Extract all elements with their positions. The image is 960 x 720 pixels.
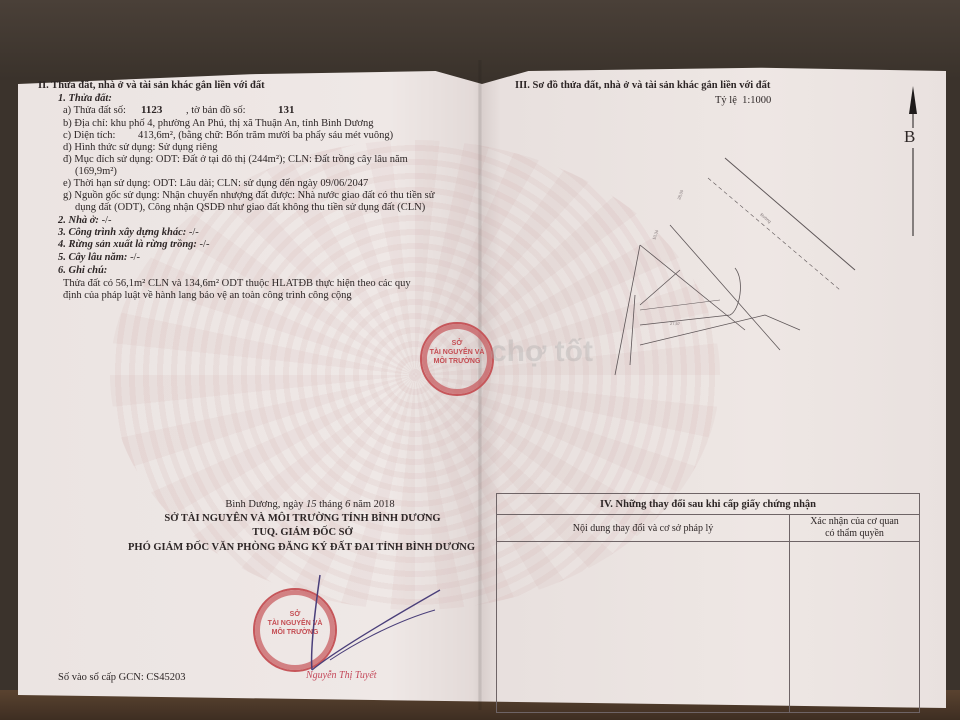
usage-purpose-cont: (169,9m²) <box>75 166 117 178</box>
on-behalf-of: TUQ. GIÁM ĐỐC SỞ <box>130 527 475 539</box>
svg-text:27,57: 27,57 <box>670 321 681 326</box>
notes-heading: 6. Ghi chú: <box>58 265 107 277</box>
changes-content-cell <box>497 542 790 713</box>
watermark-logo: chợ tốt <box>490 335 593 369</box>
map-sheet-label: , tờ bản đồ số: <box>186 105 246 117</box>
signature-stroke <box>270 570 450 680</box>
section-iii-title: III. Sơ đồ thửa đất, nhà ở và tài sản kh… <box>515 80 770 92</box>
item-other-construction: 3. Công trình xây dựng khác: -/- <box>58 227 199 239</box>
notes-line-1: Thửa đất có 56,1m² CLN và 134,6m² ODT th… <box>63 278 411 290</box>
north-label: B <box>904 128 915 146</box>
changes-confirmation-cell <box>790 542 920 713</box>
official-seal-top: SỞ TÀI NGUYÊN VÀ MÔI TRƯỜNG <box>420 322 494 396</box>
map-scale: Tỷ lệ 1:1000 <box>715 95 771 107</box>
parcel-number: 1123 <box>141 104 162 116</box>
changes-col-content-header: Nội dung thay đổi và cơ sở pháp lý <box>497 515 790 542</box>
item-perennial-trees: 5. Cây lâu năm: -/- <box>58 252 140 264</box>
svg-text:Đường: Đường <box>759 212 772 224</box>
svg-text:10,34: 10,34 <box>651 228 659 240</box>
map-sheet-number: 131 <box>278 104 295 116</box>
land-parcel-diagram: 28,00 10,34 Đường 27,57 <box>600 150 860 380</box>
item-house: 2. Nhà ở: -/- <box>58 215 111 227</box>
area-label: c) Diện tích: <box>63 130 115 142</box>
north-arrow-icon <box>907 86 919 236</box>
signer-name: Nguyễn Thị Tuyết <box>306 670 377 681</box>
changes-table-title: IV. Những thay đổi sau khi cấp giấy chứn… <box>497 494 920 515</box>
signing-date: Bình Dương, ngày 15 tháng 6 năm 2018 <box>160 499 460 511</box>
issuing-agency: SỞ TÀI NGUYÊN VÀ MÔI TRƯỜNG TỈNH BÌNH DƯ… <box>130 513 475 525</box>
usage-origin: g) Nguồn gốc sử dụng: Nhận chuyển nhượng… <box>63 190 434 202</box>
svg-text:28,00: 28,00 <box>676 188 684 200</box>
land-parcel-heading: 1. Thửa đất: <box>58 93 112 105</box>
notes-line-2: định của pháp luật về hành lang bảo vệ a… <box>63 290 352 302</box>
signer-title: PHÓ GIÁM ĐỐC VĂN PHÒNG ĐĂNG KÝ ĐẤT ĐAI T… <box>128 542 475 554</box>
parcel-number-label: a) Thửa đất số: <box>63 105 126 117</box>
usage-purpose: đ) Mục đích sử dụng: ODT: Đất ở tại đô t… <box>63 154 408 166</box>
area-value: 413,6m², (bằng chữ: Bốn trăm mười ba phẩ… <box>138 130 393 142</box>
section-ii-title: II. Thửa đất, nhà ở và tài sản khác gắn … <box>38 80 265 92</box>
usage-origin-cont: dụng đất (ODT), Công nhận QSDĐ như giao … <box>75 202 425 214</box>
usage-term: e) Thời hạn sử dụng: ODT: Lâu dài; CLN: … <box>63 178 368 190</box>
changes-table: IV. Những thay đổi sau khi cấp giấy chứn… <box>496 493 920 713</box>
changes-col-confirmation-header: Xác nhận của cơ quan có thẩm quyền <box>790 515 920 542</box>
registry-number: Số vào sổ cấp GCN: CS45203 <box>58 672 185 684</box>
usage-form: d) Hình thức sử dụng: Sử dụng riêng <box>63 142 217 154</box>
address: b) Địa chỉ: khu phố 4, phường An Phú, th… <box>63 118 373 130</box>
item-production-forest: 4. Rừng sản xuất là rừng trồng: -/- <box>58 239 209 251</box>
